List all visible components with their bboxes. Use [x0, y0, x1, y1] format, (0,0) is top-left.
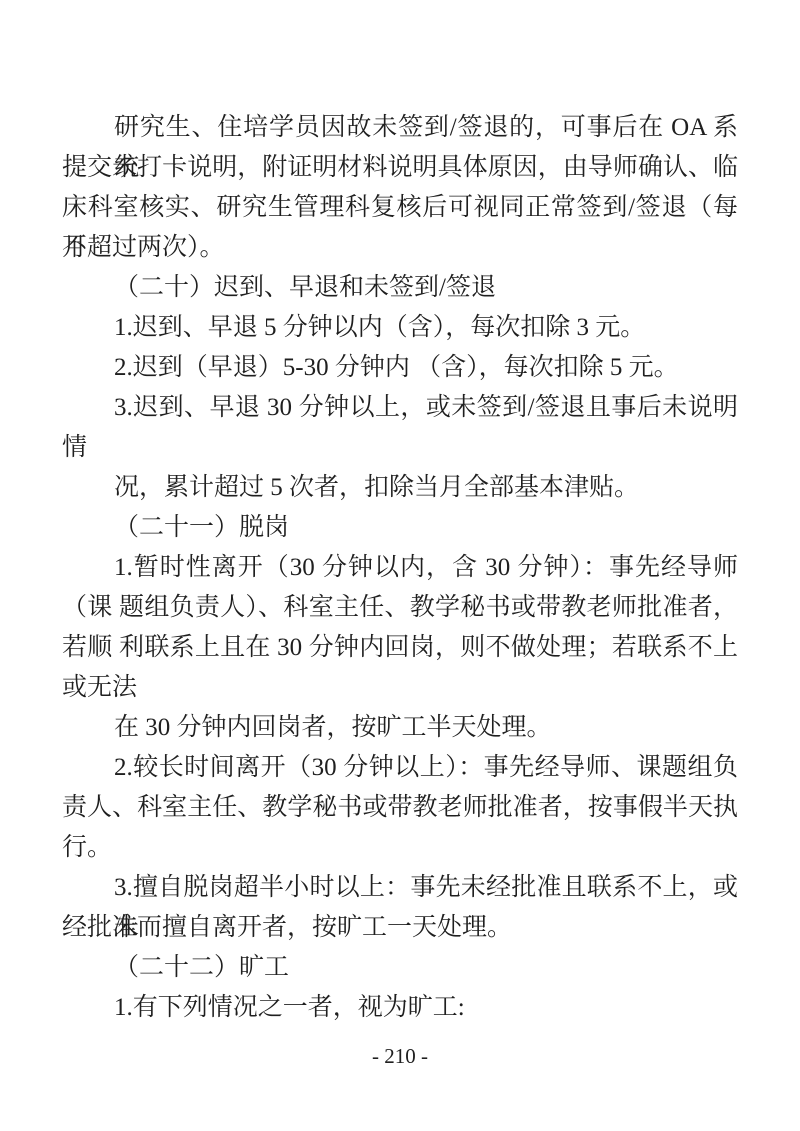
text-line: 不超过两次）。: [62, 228, 738, 268]
page-number: - 210 -: [372, 1044, 428, 1068]
text-line: 行。: [62, 828, 738, 868]
text-line: （二十）迟到、早退和未签到/签退: [62, 268, 738, 308]
text-line: 责人、科室主任、教学秘书或带教老师批准者，按事假半天执: [62, 788, 738, 828]
text-line: 1.迟到、早退 5 分钟以内（含），每次扣除 3 元。: [62, 308, 738, 348]
text-line: 况，累计超过 5 次者，扣除当月全部基本津贴。: [62, 468, 738, 508]
text-line: 3.迟到、早退 30 分钟以上，或未签到/签退且事后未说明: [62, 388, 738, 428]
text-line: 提交未打卡说明，附证明材料说明具体原因，由导师确认、临: [62, 148, 738, 188]
text-line: 或无法: [62, 668, 738, 708]
text-line: 情: [62, 428, 738, 468]
document-body: 研究生、住培学员因故未签到/签退的，可事后在 OA 系统提交未打卡说明，附证明材…: [62, 108, 738, 1028]
text-line: 2.较长时间离开（30 分钟以上）：事先经导师、课题组负: [62, 748, 738, 788]
text-line: 床科室核实、研究生管理科复核后可视同正常签到/签退（每月: [62, 188, 738, 228]
text-line: （二十二）旷工: [62, 948, 738, 988]
text-line: 2.迟到（早退）5-30 分钟内 （含），每次扣除 5 元。: [62, 348, 738, 388]
text-line: （二十一）脱岗: [62, 508, 738, 548]
text-line: （课 题组负责人）、科室主任、教学秘书或带教老师批准者，: [62, 588, 738, 628]
text-line: 研究生、住培学员因故未签到/签退的，可事后在 OA 系统: [62, 108, 738, 148]
text-line: 若顺 利联系上且在 30 分钟内回岗，则不做处理；若联系不上: [62, 628, 738, 668]
page-footer: - 210 -: [0, 1040, 800, 1072]
text-line: 在 30 分钟内回岗者，按旷工半天处理。: [62, 708, 738, 748]
text-line: 3.擅自脱岗超半小时以上：事先未经批准且联系不上，或未: [62, 868, 738, 908]
text-line: 1.有下列情况之一者，视为旷工:: [62, 988, 738, 1028]
document-page: 研究生、住培学员因故未签到/签退的，可事后在 OA 系统提交未打卡说明，附证明材…: [0, 0, 800, 1131]
text-line: 1.暂时性离开（30 分钟以内，含 30 分钟）：事先经导师: [62, 548, 738, 588]
text-line: 经批准而擅自离开者，按旷工一天处理。: [62, 908, 738, 948]
